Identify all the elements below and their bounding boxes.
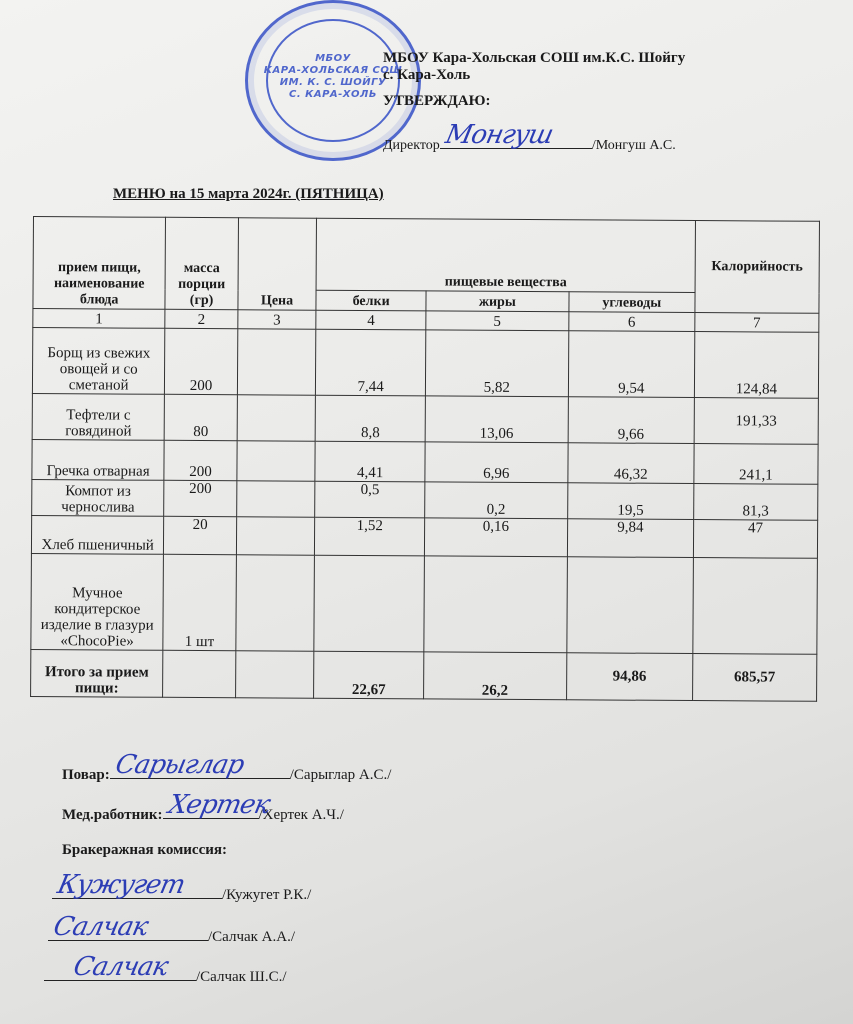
dish-protein: 0,5: [315, 481, 425, 518]
table-row: Тефтели с говядиной 80 8,8 13,06 9,66 19…: [32, 393, 818, 444]
cook-signature-line: Повар:Сарыглар/Сарыглар А.С./: [62, 760, 391, 784]
cook-signature: Сарыглар: [113, 752, 246, 778]
table-row: Борщ из свежих овощей и со сметаной 200 …: [32, 328, 818, 399]
column-number: 1: [33, 309, 165, 329]
table-row: Компот из чернослива 200 0,5 0,2 19,5 81…: [32, 479, 818, 520]
commission-heading: Бракеражная комиссия:: [62, 842, 227, 859]
menu-title: МЕНЮ на 15 марта 2024г. (ПЯТНИЦА): [113, 186, 384, 203]
dish-calories: 191,33: [694, 398, 818, 445]
member-signature: Салчак: [51, 914, 150, 940]
dish-fat: [424, 556, 567, 653]
dish-calories: 47: [693, 520, 817, 559]
header-protein: белки: [316, 290, 426, 311]
dish-fat: 5,82: [425, 330, 568, 397]
column-number: 5: [426, 311, 569, 331]
dish-mass: 200: [164, 440, 237, 480]
med-signature-line: Мед.работник:Хертек/Хертек А.Ч./: [62, 800, 344, 824]
column-number: 4: [316, 310, 426, 330]
dish-name: Мучное кондитерское изделие в глазури «C…: [31, 553, 164, 650]
dish-name: Борщ из свежих овощей и со сметаной: [32, 328, 165, 395]
member-signature-field: Салчак: [44, 962, 196, 981]
column-number: 2: [165, 309, 238, 328]
dish-protein: 4,41: [315, 441, 425, 482]
header-carbs: углеводы: [569, 292, 695, 313]
dish-carbs: 19,5: [567, 483, 693, 520]
dish-carbs: 9,84: [567, 519, 693, 558]
organization-name: МБОУ Кара-Хольская СОШ им.К.С. Шойгу с. …: [383, 50, 685, 84]
dish-fat: 0,2: [425, 482, 568, 519]
total-fat: 26,2: [424, 652, 567, 700]
org-line-1: МБОУ Кара-Хольская СОШ им.К.С. Шойгу: [383, 50, 685, 67]
dish-carbs: 46,32: [568, 443, 694, 484]
director-signature: Монгуш: [443, 122, 555, 148]
director-signature-field: Монгуш: [440, 130, 592, 149]
dish-price: [236, 555, 315, 651]
dish-mass: 200: [165, 328, 238, 394]
dish-calories: 241,1: [694, 444, 818, 485]
dish-protein: [314, 555, 424, 652]
commission-member-line: Кужугет/Кужугет Р.К./: [52, 880, 311, 904]
total-carbs: 94,86: [566, 653, 692, 701]
column-number: 6: [569, 312, 695, 332]
total-price: [235, 651, 314, 698]
dish-calories: 81,3: [694, 484, 818, 521]
commission-label: Бракеражная комиссия:: [62, 842, 227, 858]
dish-price: [237, 329, 316, 395]
dish-price: [237, 395, 316, 441]
dish-name: Гречка отварная: [32, 439, 165, 480]
dish-calories: [693, 558, 818, 655]
member-signature: Кужугет: [55, 872, 187, 898]
dish-name: Компот из чернослива: [32, 479, 165, 516]
med-signature-field: Хертек: [163, 800, 259, 819]
director-label: Директор: [383, 138, 440, 153]
commission-member-line: Салчак/Салчак Ш.С./: [44, 962, 287, 986]
commission-member-line: Салчак/Салчак А.А./: [48, 922, 295, 946]
dish-protein: 7,44: [316, 329, 426, 396]
dish-name: Тефтели с говядиной: [32, 393, 165, 440]
dish-fat: 6,96: [425, 442, 568, 483]
dish-protein: 8,8: [315, 395, 425, 442]
member-signature-field: Кужугет: [52, 880, 222, 899]
dish-fat: 13,06: [425, 396, 568, 443]
med-label: Мед.работник:: [62, 807, 163, 823]
header-mass: масса порции (гр): [165, 217, 238, 309]
dish-carbs: 9,54: [568, 331, 695, 398]
med-signature: Хертек: [166, 792, 272, 818]
dish-carbs: 9,66: [568, 397, 694, 444]
total-mass: [163, 650, 236, 697]
member-signature: Салчак: [71, 954, 170, 980]
table-row: Гречка отварная 200 4,41 6,96 46,32 241,…: [32, 439, 818, 484]
approve-heading: УТВЕРЖДАЮ:: [383, 93, 491, 110]
cook-label: Повар:: [62, 767, 110, 783]
dish-price: [236, 481, 315, 517]
header-calories: Калорийность: [695, 221, 820, 314]
total-label: Итого за прием пищи:: [31, 649, 164, 697]
dish-carbs: [567, 557, 694, 654]
dish-mass: 80: [165, 394, 238, 440]
column-number: 3: [238, 310, 317, 329]
director-name: /Монгуш А.С.: [592, 138, 676, 153]
cook-name: /Сарыглар А.С./: [290, 767, 392, 783]
dish-name: Хлеб пшеничный: [31, 515, 164, 554]
dish-calories: 124,84: [694, 332, 819, 399]
table-row: Хлеб пшеничный 20 1,52 0,16 9,84 47: [31, 515, 817, 558]
total-row: Итого за прием пищи: 22,67 26,2 94,86 68…: [31, 649, 817, 701]
director-signature-line: ДиректорМонгуш/Монгуш А.С.: [383, 130, 676, 154]
dish-price: [236, 517, 315, 555]
total-calories: 685,57: [692, 654, 816, 702]
header-price: Цена: [238, 218, 317, 310]
total-protein: 22,67: [314, 651, 424, 699]
dish-protein: 1,52: [315, 517, 425, 556]
header-fat: жиры: [426, 291, 569, 312]
dish-mass: 20: [164, 516, 237, 554]
table-row: Мучное кондитерское изделие в глазури «C…: [31, 553, 818, 654]
med-name: /Хертек А.Ч./: [259, 807, 344, 823]
dish-price: [237, 441, 316, 481]
dish-mass: 200: [164, 480, 237, 516]
dish-fat: 0,16: [424, 518, 567, 557]
cook-signature-field: Сарыглар: [110, 760, 290, 779]
member-signature-field: Салчак: [48, 922, 208, 941]
header-nutrients: пищевые вещества: [316, 218, 695, 292]
member-name: /Салчак Ш.С./: [196, 969, 287, 985]
member-name: /Салчак А.А./: [208, 929, 295, 945]
header-meal: прием пищи, наименование блюда: [33, 217, 166, 310]
menu-table: прием пищи, наименование блюда масса пор…: [30, 216, 820, 702]
org-line-2: с. Кара-Холь: [383, 67, 685, 84]
dish-mass: 1 шт: [163, 554, 236, 650]
member-name: /Кужугет Р.К./: [222, 887, 311, 903]
column-number: 7: [695, 313, 819, 333]
